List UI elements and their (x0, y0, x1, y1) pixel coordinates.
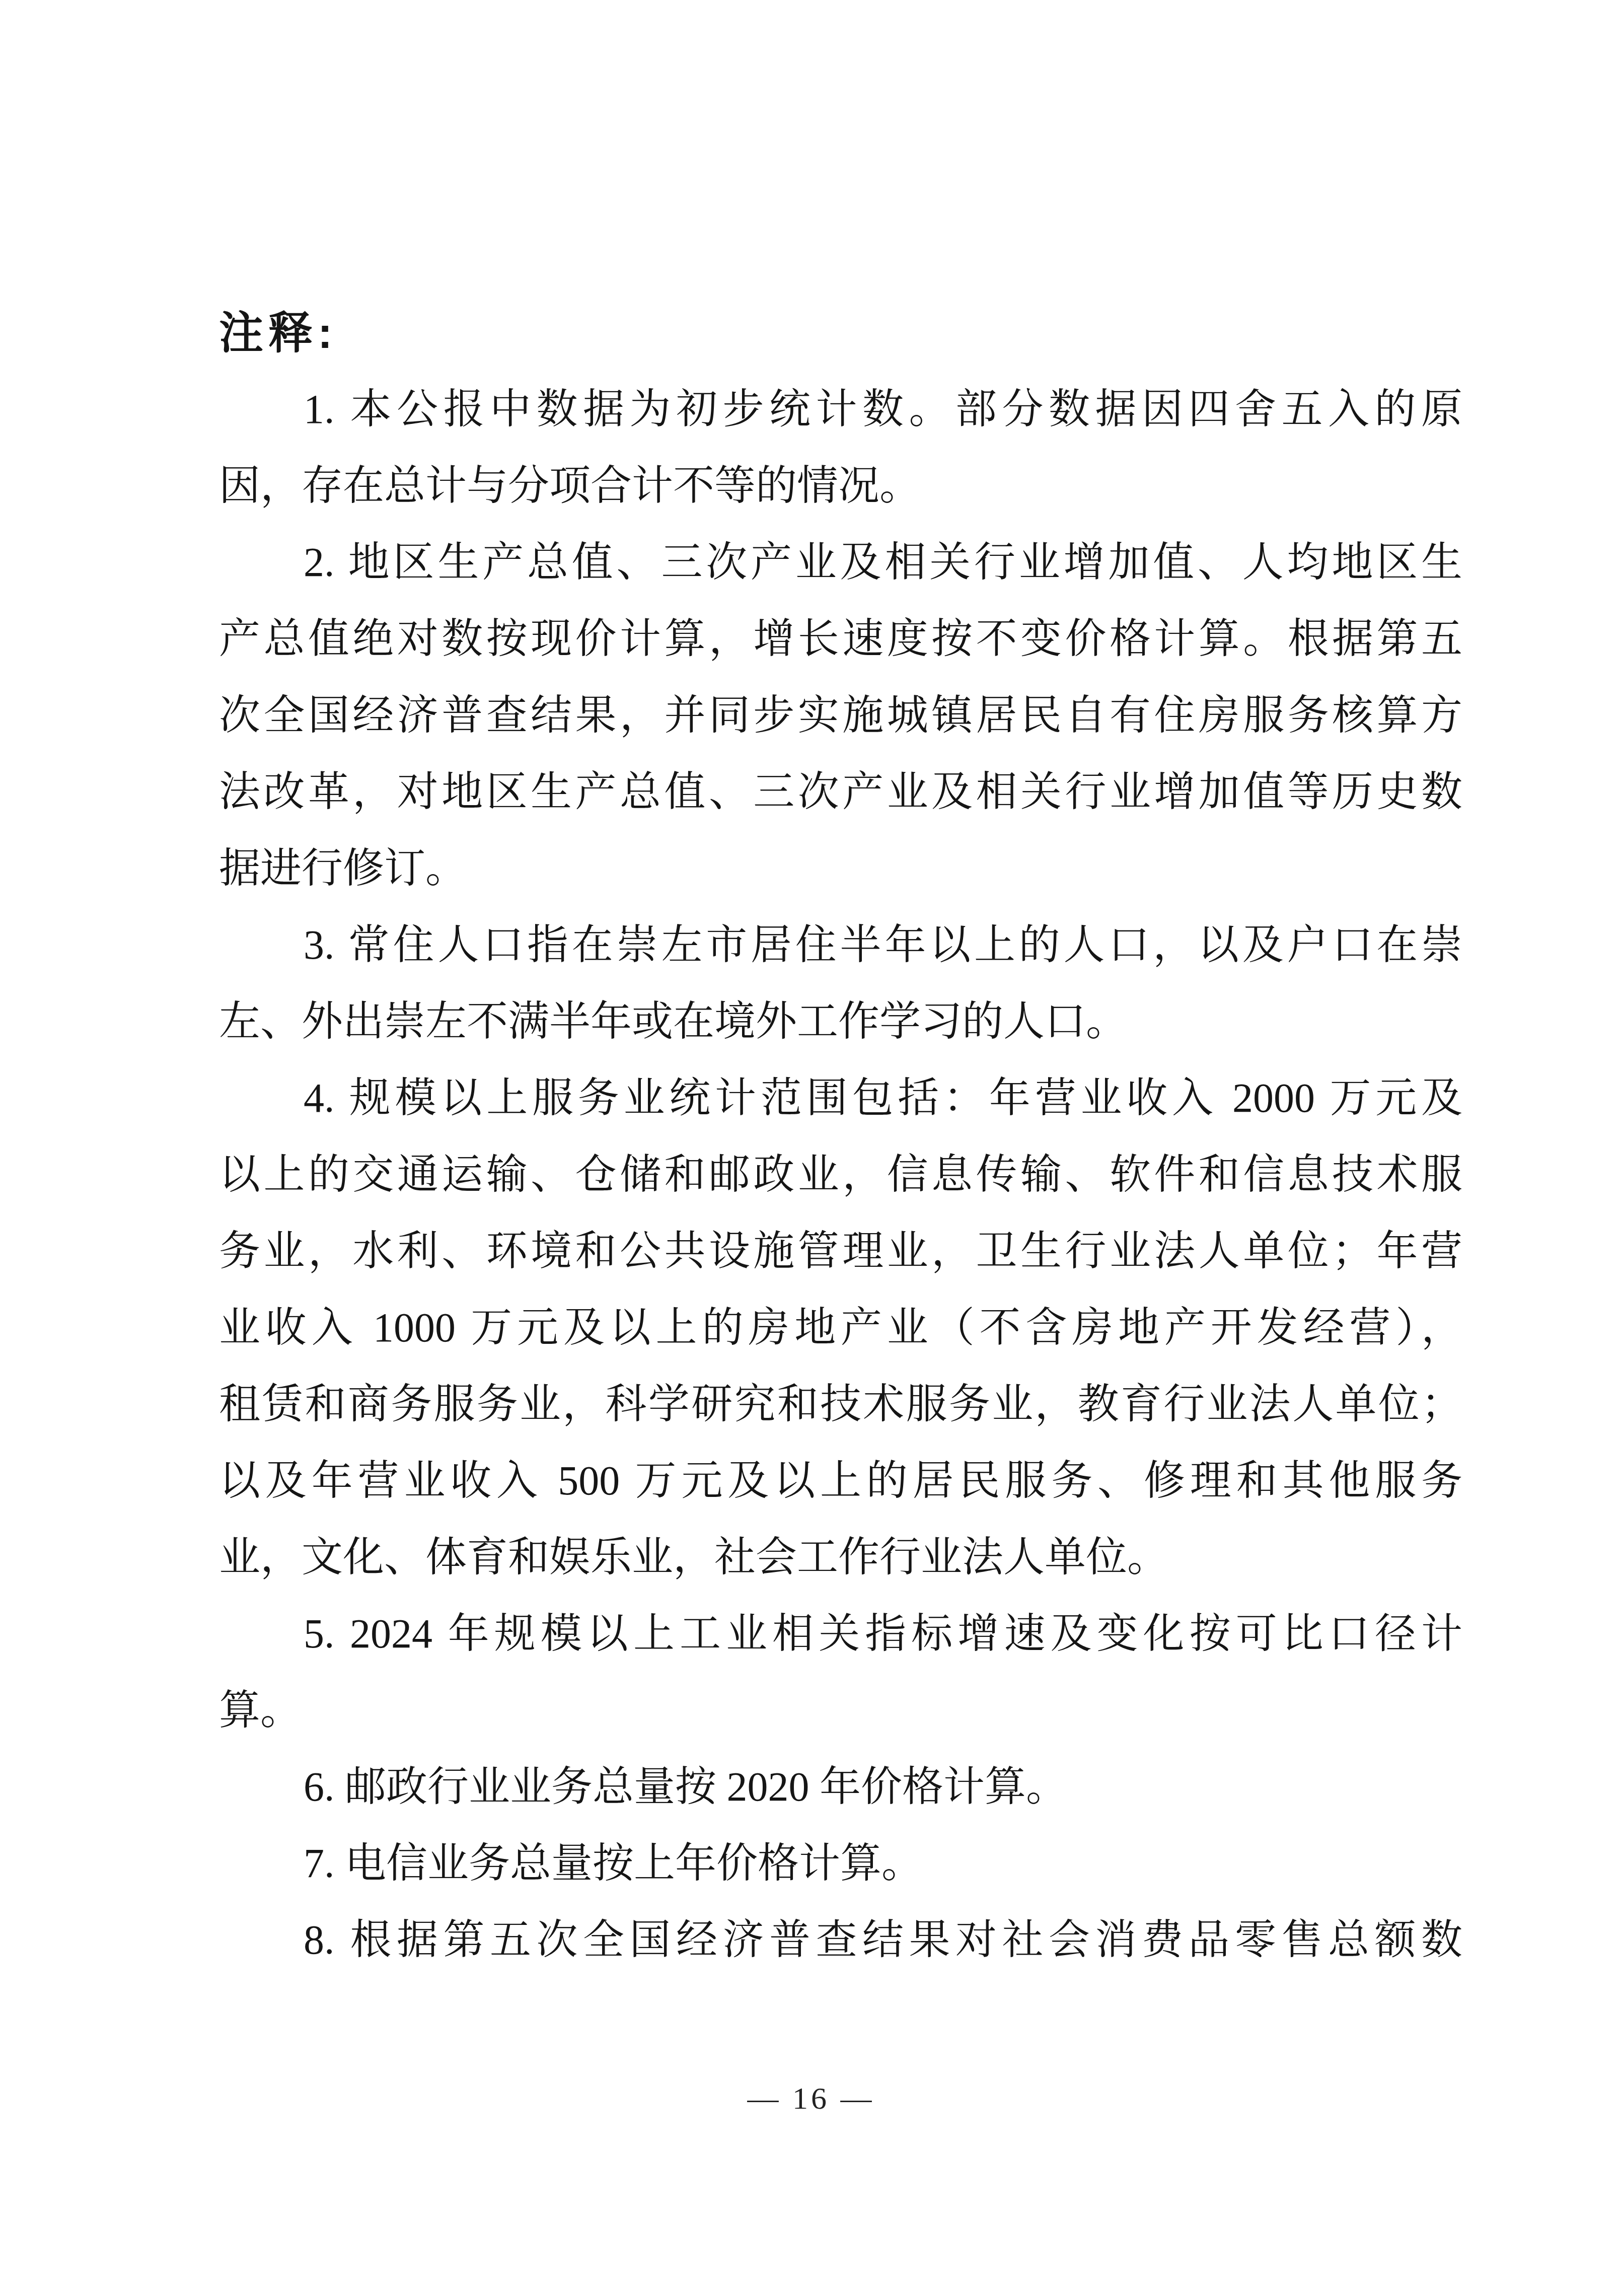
note1-line2: 因，存在总计与分项合计不等的情况。 (219, 448, 1462, 524)
note6-line1: 6. 邮政行业业务总量按 2020 年价格计算。 (219, 1749, 1462, 1825)
notes-heading: 注释: (219, 295, 1462, 371)
note2-line4: 法改革，对地区生产总值、三次产业及相关行业增加值等历史数 (219, 754, 1462, 830)
note3-line2: 左、外出崇左不满半年或在境外工作学习的人口。 (219, 983, 1462, 1060)
note2-line5: 据进行修订。 (219, 830, 1462, 907)
note4-line6: 以及年营业收入 500 万元及以上的居民服务、修理和其他服务 (219, 1443, 1462, 1519)
document-page: 注释: 1. 本公报中数据为初步统计数。部分数据因四舍五入的原 因，存在总计与分… (0, 0, 1622, 2296)
note4-line3: 务业，水利、环境和公共设施管理业，卫生行业法人单位；年营 (219, 1213, 1462, 1289)
note5-line1: 5. 2024 年规模以上工业相关指标增速及变化按可比口径计 (219, 1596, 1462, 1672)
note2-line3: 次全国经济普查结果，并同步实施城镇居民自有住房服务核算方 (219, 677, 1462, 754)
note8-line1: 8. 根据第五次全国经济普查结果对社会消费品零售总额数 (219, 1902, 1462, 1978)
note1-line1: 1. 本公报中数据为初步统计数。部分数据因四舍五入的原 (219, 371, 1462, 448)
note4-line1: 4. 规模以上服务业统计范围包括：年营业收入 2000 万元及 (219, 1060, 1462, 1136)
note4-line4: 业收入 1000 万元及以上的房地产业（不含房地产开发经营）， (219, 1289, 1462, 1366)
note4-line2: 以上的交通运输、仓储和邮政业，信息传输、软件和信息技术服 (219, 1136, 1462, 1213)
note7-line1: 7. 电信业务总量按上年价格计算。 (219, 1825, 1462, 1902)
note2-line1: 2. 地区生产总值、三次产业及相关行业增加值、人均地区生 (219, 524, 1462, 601)
note3-line1: 3. 常住人口指在崇左市居住半年以上的人口，以及户口在崇 (219, 907, 1462, 983)
note4-line5: 租赁和商务服务业，科学研究和技术服务业，教育行业法人单位； (219, 1366, 1462, 1443)
note2-line2: 产总值绝对数按现价计算，增长速度按不变价格计算。根据第五 (219, 601, 1462, 677)
notes-section: 注释: 1. 本公报中数据为初步统计数。部分数据因四舍五入的原 因，存在总计与分… (219, 295, 1462, 1978)
page-number: — 16 — (0, 2063, 1622, 2134)
note5-line2: 算。 (219, 1672, 1462, 1749)
note4-line7: 业，文化、体育和娱乐业，社会工作行业法人单位。 (219, 1519, 1462, 1596)
